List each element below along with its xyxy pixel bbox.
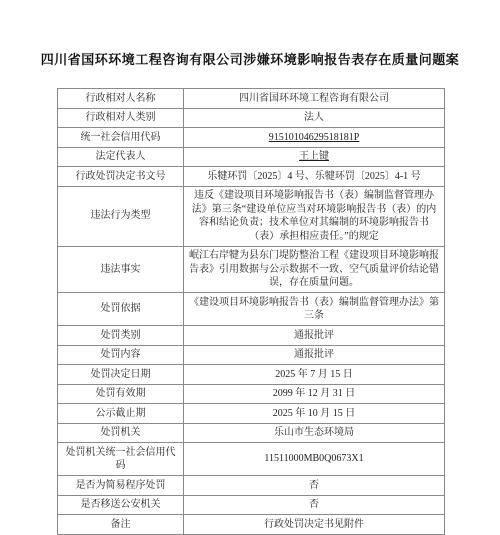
- row-value: 违反《建设项目环境影响报告书（表）编制监督管理办法》第三条“建设单位应当对环境影…: [184, 186, 445, 246]
- row-value: 乐山市生态环境局: [184, 423, 445, 443]
- row-value: 否: [184, 495, 445, 515]
- row-label: 是否移送公安机关: [58, 495, 184, 515]
- table-row: 行政处罚决定书文号 乐犍环罚〔2025〕4 号、乐犍环罚〔2025〕4-1 号: [58, 167, 445, 187]
- table-row: 行政相对人名称 四川省国环环境工程咨询有限公司: [58, 89, 445, 109]
- row-label: 违法行为类型: [58, 186, 184, 246]
- row-label: 行政相对人名称: [58, 89, 184, 109]
- row-value: 11511000MB0Q0673X1: [184, 443, 445, 476]
- row-label: 备注: [58, 515, 184, 535]
- row-value: 《建设项目环境影响报告书（表）编制监督管理办法》第三条: [184, 293, 445, 326]
- table-row: 是否移送公安机关 否: [58, 495, 445, 515]
- row-label: 处罚有效期: [58, 384, 184, 404]
- row-value: 通报批评: [184, 326, 445, 346]
- row-value: 行政处罚决定书见附件: [184, 515, 445, 535]
- row-label: 违法事实: [58, 246, 184, 293]
- row-value: 2025 年 10 月 15 日: [184, 404, 445, 424]
- row-label: 处罚机关: [58, 423, 184, 443]
- table-row: 处罚依据 《建设项目环境影响报告书（表）编制监督管理办法》第三条: [58, 293, 445, 326]
- row-label: 处罚机关统一社会信用代码: [58, 443, 184, 476]
- table-row: 法定代表人 王上键: [58, 147, 445, 167]
- row-label: 行政处罚决定书文号: [58, 167, 184, 187]
- table-row: 处罚机关统一社会信用代码 11511000MB0Q0673X1: [58, 443, 445, 476]
- table-row: 处罚机关 乐山市生态环境局: [58, 423, 445, 443]
- row-value: 四川省国环环境工程咨询有限公司: [184, 89, 445, 109]
- row-value: 法人: [184, 108, 445, 128]
- row-label: 法定代表人: [58, 147, 184, 167]
- row-label: 处罚内容: [58, 345, 184, 365]
- table-row: 处罚内容 通报批评: [58, 345, 445, 365]
- page-title: 四川省国环环境工程咨询有限公司涉嫌环境影响报告表存在质量问题案: [28, 51, 472, 68]
- row-label: 是否为简易程序处罚: [58, 476, 184, 496]
- table-row: 违法行为类型 违反《建设项目环境影响报告书（表）编制监督管理办法》第三条“建设单…: [58, 186, 445, 246]
- row-value: 岷江右岸犍为县东门堤防整治工程《建设项目环境影响报告表》引用数据与公示数据不一致…: [184, 246, 445, 293]
- row-value-link[interactable]: 91510104629518181P: [184, 128, 445, 148]
- document-page: 四川省国环环境工程咨询有限公司涉嫌环境影响报告表存在质量问题案 行政相对人名称 …: [0, 0, 500, 509]
- table-row: 处罚类别 通报批评: [58, 326, 445, 346]
- row-value: 2025 年 7 月 15 日: [184, 365, 445, 385]
- table-row: 行政相对人类别 法人: [58, 108, 445, 128]
- table-row: 统一社会信用代码 91510104629518181P: [58, 128, 445, 148]
- row-label: 统一社会信用代码: [58, 128, 184, 148]
- penalty-table: 行政相对人名称 四川省国环环境工程咨询有限公司 行政相对人类别 法人 统一社会信…: [57, 88, 445, 535]
- table-row: 是否为简易程序处罚 否: [58, 476, 445, 496]
- penalty-table-body: 行政相对人名称 四川省国环环境工程咨询有限公司 行政相对人类别 法人 统一社会信…: [58, 89, 445, 535]
- row-label: 公示截止期: [58, 404, 184, 424]
- row-label: 处罚类别: [58, 326, 184, 346]
- table-row: 公示截止期 2025 年 10 月 15 日: [58, 404, 445, 424]
- table-row: 处罚决定日期 2025 年 7 月 15 日: [58, 365, 445, 385]
- row-value: 2099 年 12 月 31 日: [184, 384, 445, 404]
- row-label: 行政相对人类别: [58, 108, 184, 128]
- table-row: 备注 行政处罚决定书见附件: [58, 515, 445, 535]
- table-row: 违法事实 岷江右岸犍为县东门堤防整治工程《建设项目环境影响报告表》引用数据与公示…: [58, 246, 445, 293]
- row-label: 处罚依据: [58, 293, 184, 326]
- table-row: 处罚有效期 2099 年 12 月 31 日: [58, 384, 445, 404]
- row-value: 否: [184, 476, 445, 496]
- row-value-link[interactable]: 王上键: [184, 147, 445, 167]
- row-value: 通报批评: [184, 345, 445, 365]
- row-value: 乐犍环罚〔2025〕4 号、乐犍环罚〔2025〕4-1 号: [184, 167, 445, 187]
- row-label: 处罚决定日期: [58, 365, 184, 385]
